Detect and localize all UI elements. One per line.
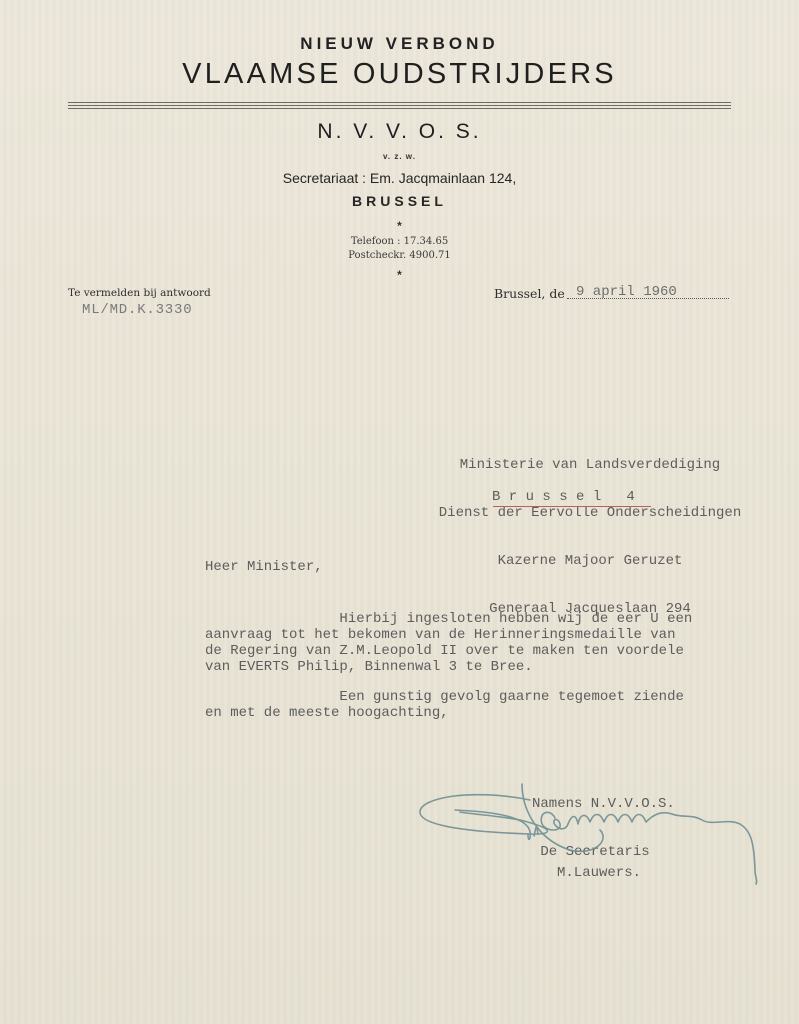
letterhead-subtitle: NIEUW VERBOND [0,34,799,54]
asterisk-separator-icon: * [0,219,799,233]
legal-form: v. z. w. [0,152,799,161]
reference-number: ML/MD.K.3330 [82,302,192,318]
body-paragraph-2: Een gunstig gevolg gaarne tegemoet ziend… [205,689,684,721]
body-paragraph-1: Hierbij ingesloten hebben wij de eer U e… [205,611,692,675]
letterhead-rule-bottom [68,108,731,109]
letter-page: NIEUW VERBOND VLAAMSE OUDSTRIJDERS N. V.… [0,0,799,1024]
date-label: Brussel, de [494,286,565,301]
recipient-line: Dienst der Eervolle Onderscheidingen [420,505,760,521]
organization-abbreviation: N. V. V. O. S. [0,120,799,144]
recipient-line: Kazerne Majoor Geruzet [420,553,760,569]
secretariat-address: Secretariaat : Em. Jacqmainlaan 124, [0,170,799,186]
recipient-city: B r u s s e l 4 [492,489,635,505]
recipient-line: Ministerie van Landsverdediging [420,457,760,473]
letterhead-city: BRUSSEL [0,193,799,209]
telephone-number: Telefoon : 17.34.65 [0,236,799,247]
salutation: Heer Minister, [205,559,323,575]
letterhead-title: VLAAMSE OUDSTRIJDERS [0,58,799,91]
letterhead-rule-top [68,102,731,103]
recipient-city-underline [493,506,651,507]
postcheck-number: Postcheckr. 4900.71 [0,250,799,261]
letterhead-rule-middle [68,105,731,106]
signer-name: M.Lauwers. [557,865,641,881]
reference-label: Te vermelden bij antwoord [68,287,211,299]
letter-date: 9 april 1960 [576,284,677,300]
asterisk-separator-icon: * [0,268,799,282]
